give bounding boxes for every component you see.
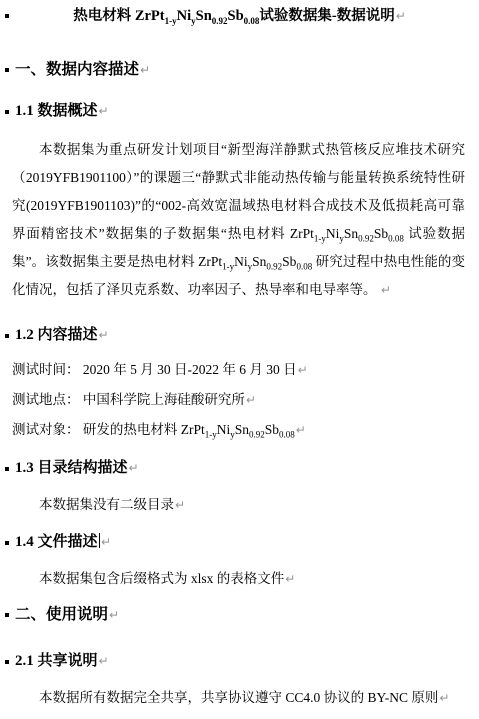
heading-section-2[interactable]: 二、使用说明↵: [0, 604, 479, 626]
paragraph-mark-icon: ↵: [128, 461, 139, 475]
outline-square-marker: [5, 467, 9, 471]
line-test-place-text: 测试地点： 中国科学院上海硅酸研究所: [12, 392, 245, 407]
document-title[interactable]: 热电材料 ZrPt1-yNiySn0.92Sb0.08试验数据集-数据说明↵: [15, 7, 464, 26]
document-title-text: 热电材料 ZrPt1-yNiySn0.92Sb0.08试验数据集-数据说明: [73, 8, 395, 24]
paragraph-data-overview[interactable]: 本数据集为重点研发计划项目“新型海洋静默式热管核反应堆技术研究（2019YFB1…: [12, 136, 465, 304]
line-test-place[interactable]: 测试地点： 中国科学院上海硅酸研究所↵: [12, 385, 465, 415]
paragraph-mark-icon: ↵: [98, 654, 109, 668]
heading-2-1-text: 2.1 共享说明: [15, 653, 98, 669]
paragraph-directory[interactable]: 本数据集没有二级目录↵: [12, 491, 465, 519]
paragraph-mark-icon: ↵: [108, 608, 119, 622]
paragraph-mark-icon: ↵: [297, 363, 308, 377]
heading-1-4-text: 1.4 文件描述: [15, 534, 98, 550]
line-test-time[interactable]: 测试时间： 2020 年 5 月 30 日-2022 年 6 月 30 日↵: [12, 355, 465, 385]
outline-square-marker: [5, 14, 9, 18]
paragraph-mark-icon: ↵: [438, 691, 449, 705]
paragraph-mark-icon: ↵: [395, 9, 406, 23]
outline-square-marker: [5, 68, 9, 72]
line-test-time-text: 测试时间： 2020 年 5 月 30 日-2022 年 6 月 30 日: [12, 362, 297, 377]
document-page[interactable]: 热电材料 ZrPt1-yNiySn0.92Sb0.08试验数据集-数据说明↵ 一…: [0, 0, 479, 719]
heading-1-2-text: 1.2 内容描述: [15, 327, 98, 343]
paragraph-mark-icon: ↵: [98, 328, 109, 342]
paragraph-data-overview-text: 本数据集为重点研发计划项目“新型海洋静默式热管核反应堆技术研究（2019YFB1…: [12, 142, 465, 297]
outline-square-marker: [5, 541, 9, 545]
paragraph-mark-icon: ↵: [380, 283, 391, 297]
heading-1-1-text: 1.1 数据概述: [15, 103, 98, 119]
heading-1-3-text: 1.3 目录结构描述: [15, 460, 128, 476]
paragraph-mark-icon: ↵: [98, 104, 109, 118]
paragraph-directory-text: 本数据集没有二级目录: [39, 497, 174, 512]
heading-1-4[interactable]: 1.4 文件描述↵: [0, 532, 479, 552]
paragraph-share-text: 本数据所有数据完全共享，共享协议遵守 CC4.0 协议的 BY-NC 原则: [39, 690, 438, 705]
heading-1-2[interactable]: 1.2 内容描述↵: [0, 325, 479, 345]
heading-section-2-text: 二、使用说明: [15, 606, 108, 623]
heading-section-1[interactable]: 一、数据内容描述↵: [0, 59, 479, 81]
heading-1-3[interactable]: 1.3 目录结构描述↵: [0, 458, 479, 478]
paragraph-mark-icon: ↵: [245, 393, 256, 407]
paragraph-file-format[interactable]: 本数据集包含后缀格式为 xlsx 的表格文件↵: [12, 565, 465, 593]
outline-square-marker: [5, 110, 9, 114]
paragraph-file-format-text: 本数据集包含后缀格式为 xlsx 的表格文件: [39, 571, 284, 586]
outline-square-marker: [5, 613, 9, 617]
paragraph-share[interactable]: 本数据所有数据完全共享，共享协议遵守 CC4.0 协议的 BY-NC 原则↵: [12, 684, 465, 712]
document-title-row: 热电材料 ZrPt1-yNiySn0.92Sb0.08试验数据集-数据说明↵: [0, 7, 479, 26]
heading-section-1-text: 一、数据内容描述: [15, 61, 139, 78]
paragraph-mark-icon: ↵: [139, 63, 150, 77]
paragraph-mark-icon: ↵: [174, 498, 185, 512]
paragraph-mark-icon: ↵: [284, 572, 295, 586]
paragraph-mark-icon: ↵: [100, 535, 111, 549]
paragraph-mark-icon: ↵: [295, 423, 306, 437]
heading-1-1[interactable]: 1.1 数据概述↵: [0, 101, 479, 121]
line-test-object[interactable]: 测试对象： 研发的热电材料 ZrPt1-yNiySn0.92Sb0.08↵: [12, 415, 465, 445]
outline-square-marker: [5, 334, 9, 338]
heading-2-1[interactable]: 2.1 共享说明↵: [0, 651, 479, 671]
line-test-object-text: 测试对象： 研发的热电材料 ZrPt1-yNiySn0.92Sb0.08: [12, 422, 295, 437]
outline-square-marker: [5, 660, 9, 664]
